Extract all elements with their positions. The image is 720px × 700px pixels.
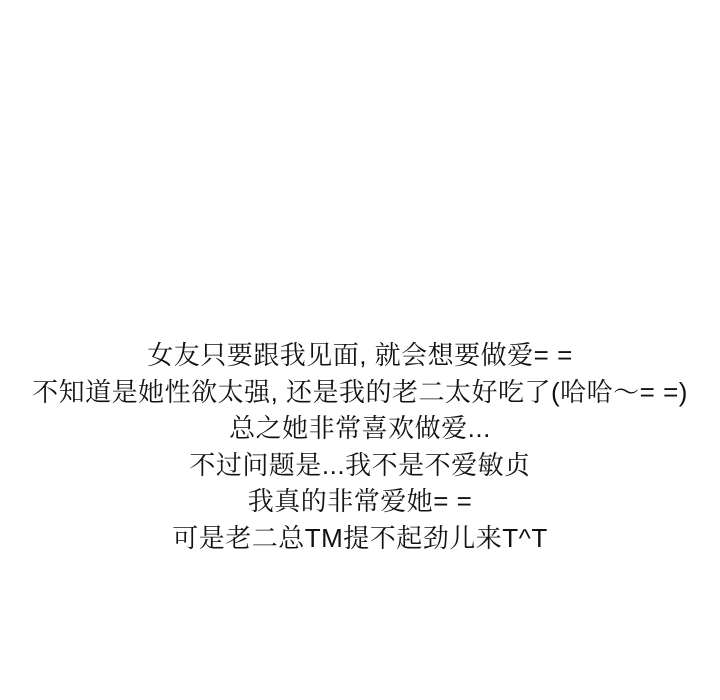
- narration-line: 总之她非常喜欢做爱...: [0, 410, 720, 447]
- comic-page: 女友只要跟我见面, 就会想要做爱= = 不知道是她性欲太强, 还是我的老二太好吃…: [0, 0, 720, 700]
- narration-block: 女友只要跟我见面, 就会想要做爱= = 不知道是她性欲太强, 还是我的老二太好吃…: [0, 337, 720, 556]
- narration-line: 不知道是她性欲太强, 还是我的老二太好吃了(哈哈～= =): [0, 374, 720, 411]
- narration-line: 可是老二总TM提不起劲儿来T^T: [0, 520, 720, 557]
- narration-line: 女友只要跟我见面, 就会想要做爱= =: [0, 337, 720, 374]
- narration-line: 不过问题是...我不是不爱敏贞: [0, 447, 720, 484]
- narration-line: 我真的非常爱她= =: [0, 483, 720, 520]
